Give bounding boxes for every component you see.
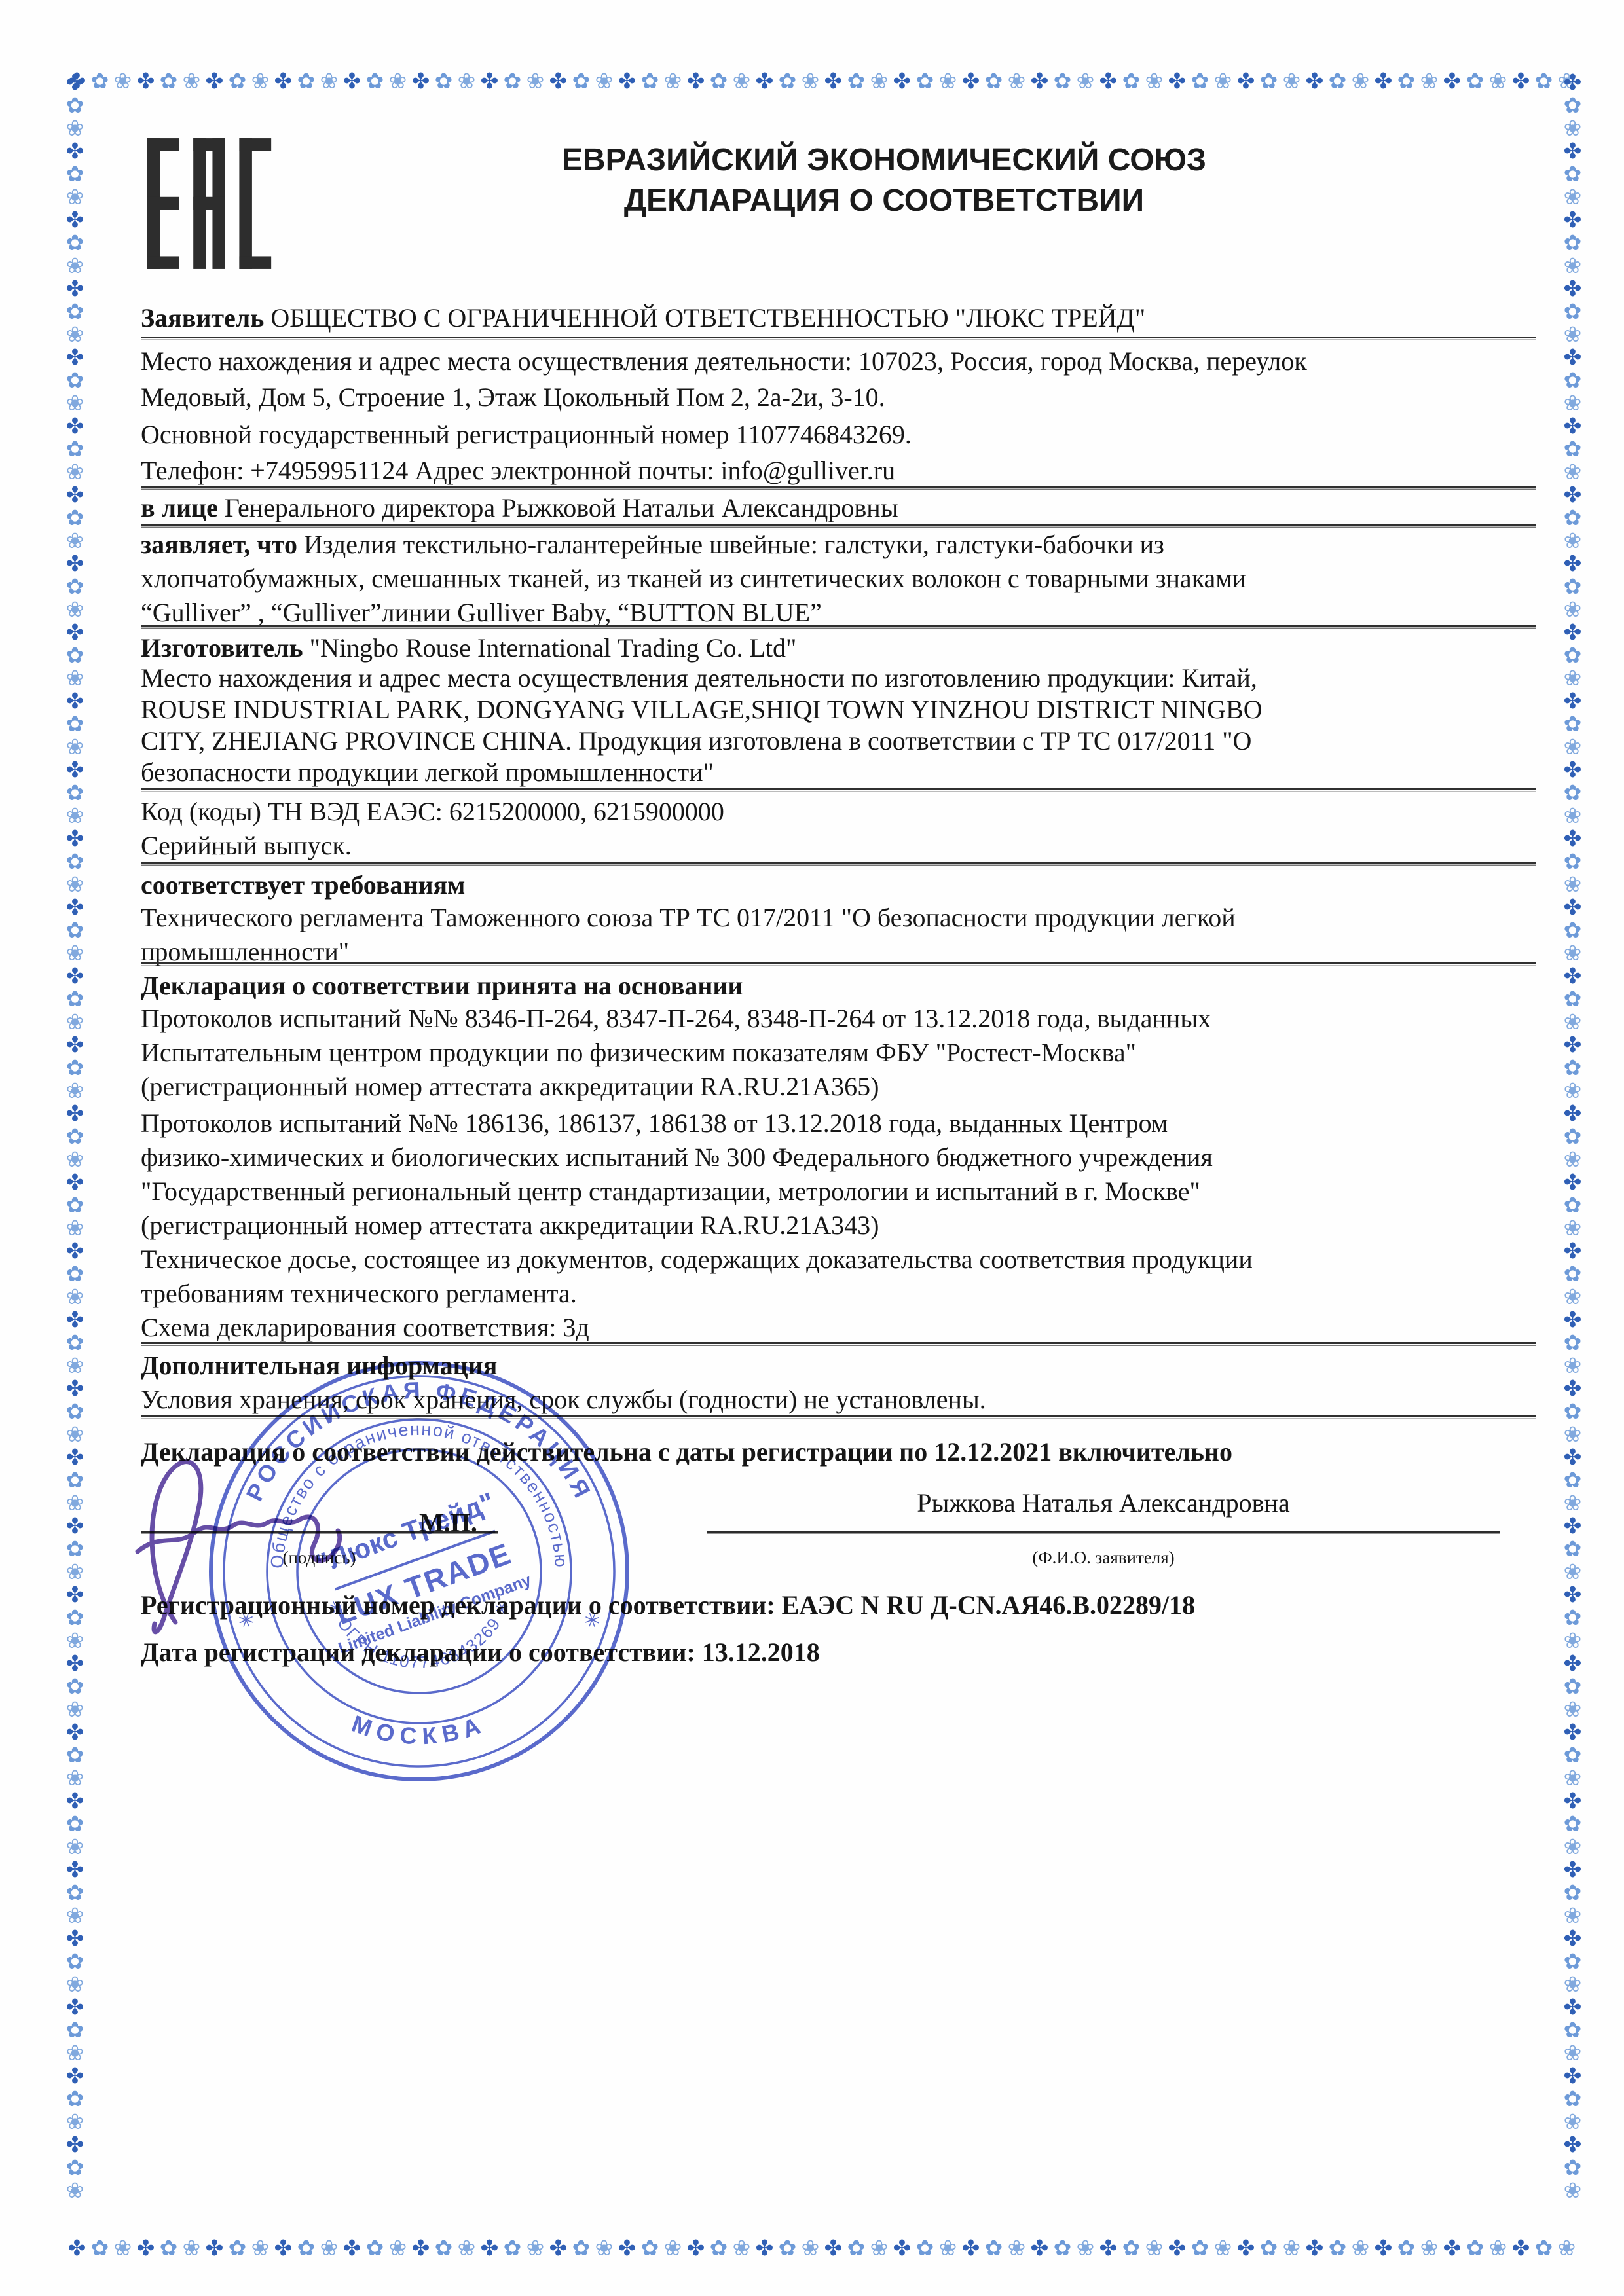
border-ornament-icon: ❀ [1561,1560,1584,1583]
border-ornament-icon: ✿ [64,1194,86,1216]
border-ornament-icon: ✿ [295,2236,318,2259]
border-ornament-icon: ✤ [1303,69,1326,92]
border-ornament-icon: ✤ [1561,483,1584,506]
border-ornament-icon: ✤ [64,1858,86,1881]
border-ornament-icon: ❀ [1561,1148,1584,1171]
border-ornament-icon: ✤ [1561,621,1584,644]
border-ornament-icon: ✤ [1166,69,1189,92]
border-ornament-icon: ❀ [455,2236,478,2259]
border-ornament-icon: ❀ [64,185,86,208]
in-person-label: в лице [141,493,218,522]
border-ornament-icon: ❀ [64,2110,86,2133]
applicant-label: Заявитель [141,303,264,333]
border-ornament-icon: ✤ [1561,2064,1584,2087]
border-ornament-icon: ❀ [64,2041,86,2064]
border-ornament-icon: ❀ [64,460,86,483]
border-ornament-icon: ✿ [1561,1881,1584,1904]
border-ornament-icon: ❀ [1418,69,1441,92]
border-ornament-icon: ✤ [64,896,86,919]
border-ornament-icon: ❀ [318,2236,341,2259]
applicant-ogrn: Основной государственный регистрационный… [141,416,1536,452]
border-ornament-icon: ❀ [1561,2110,1584,2133]
border-ornament-icon: ❀ [64,941,86,964]
border-ornament-icon: ✿ [157,2236,180,2259]
border-ornament-icon: ✤ [341,69,363,92]
declares-value: Изделия текстильно-галантерейные швейные… [141,530,1246,627]
border-ornament-icon: ✿ [64,162,86,185]
border-ornament-icon: ❀ [1561,598,1584,621]
border-ornament-icon: ✤ [959,69,982,92]
title-line-union: ЕВРАЗИЙСКИЙ ЭКОНОМИЧЕСКИЙ СОЮЗ [498,140,1270,181]
border-ornament-icon: ✿ [1395,2236,1418,2259]
border-ornament-icon: ✿ [64,1125,86,1148]
border-ornament-icon: ✿ [1561,1400,1584,1423]
basis-protocols-2: Протоколов испытаний №№ 186136, 186137, … [141,1106,1536,1243]
border-ornament-icon: ✿ [1395,69,1418,92]
border-ornament-icon: ✤ [547,69,570,92]
border-ornament-icon: ✿ [64,1881,86,1904]
border-ornament-icon: ✿ [982,2236,1005,2259]
border-ornament-icon: ❀ [455,69,478,92]
border-ornament-icon: ❀ [111,69,134,92]
border-ornament-icon: ✿ [1561,1194,1584,1216]
border-ornament-icon: ✤ [1234,2236,1257,2259]
border-ornament-icon: ❀ [1418,2236,1441,2259]
border-ornament-icon: ✿ [64,437,86,460]
border-ornament-icon: ✿ [1326,69,1349,92]
border-ornament-icon: ✿ [1561,1812,1584,1835]
border-ornament-icon: ✿ [64,1056,86,1079]
border-ornament-icon: ✿ [64,94,86,117]
border-ornament-icon: ✤ [341,2236,363,2259]
border-ornament-icon: ✤ [1561,1239,1584,1262]
border-ornament-icon: ❀ [1280,2236,1303,2259]
border-ornament-icon: ✤ [64,1927,86,1950]
border-bottom: ✤✿❀✤✿❀✤✿❀✤✿❀✤✿❀✤✿❀✤✿❀✤✿❀✤✿❀✤✿❀✤✿❀✤✿❀✤✿❀✤… [65,2236,1603,2260]
border-ornament-icon: ✿ [1561,919,1584,941]
border-ornament-icon: ❀ [249,2236,272,2259]
border-ornament-icon: ✤ [1561,346,1584,369]
border-ornament-icon: ✿ [1561,437,1584,460]
border-ornament-icon: ✿ [64,231,86,254]
border-ornament-icon: ✿ [1326,2236,1349,2259]
border-ornament-icon: ✤ [272,69,295,92]
border-ornament-icon: ✤ [203,2236,226,2259]
border-ornament-icon: ✤ [1028,69,1051,92]
border-ornament-icon: ❀ [799,2236,822,2259]
border-ornament-icon: ❀ [64,1560,86,1583]
rule [141,337,1536,340]
border-ornament-icon: ✿ [638,2236,661,2259]
border-ornament-icon: ✤ [616,69,638,92]
border-ornament-icon: ❀ [64,1216,86,1239]
border-ornament-icon: ✿ [64,2087,86,2110]
manufacturer-label: Изготовитель [141,633,303,663]
border-ornament-icon: ❀ [868,2236,891,2259]
border-ornament-icon: ✤ [616,2236,638,2259]
border-ornament-icon: ❀ [1561,873,1584,896]
border-ornament-icon: ✿ [1532,2236,1555,2259]
border-ornament-icon: ❀ [64,392,86,414]
border-ornament-icon: ✤ [753,69,776,92]
border-right: ✤✿❀✤✿❀✤✿❀✤✿❀✤✿❀✤✿❀✤✿❀✤✿❀✤✿❀✤✿❀✤✿❀✤✿❀✤✿❀✤… [1561,71,1585,2251]
border-ornament-icon: ❀ [64,323,86,346]
border-ornament-icon: ✿ [1561,231,1584,254]
border-ornament-icon: ✤ [1441,69,1464,92]
border-ornament-icon: ✿ [1189,2236,1211,2259]
border-ornament-icon: ✤ [64,1789,86,1812]
border-ornament-icon: ❀ [730,69,753,92]
border-ornament-icon: ❀ [1561,1010,1584,1033]
rule [141,788,1536,792]
border-ornament-icon: ❀ [1211,2236,1234,2259]
border-ornament-icon: ✿ [64,1743,86,1766]
border-ornament-icon: ✿ [64,1262,86,1285]
border-ornament-icon: ✤ [1561,139,1584,162]
border-ornament-icon: ❀ [64,1835,86,1858]
border-ornament-icon: ✤ [134,69,157,92]
border-ornament-icon: ❀ [386,2236,409,2259]
border-ornament-icon: ❀ [1561,1285,1584,1308]
border-ornament-icon: ✿ [1561,162,1584,185]
border-ornament-icon: ✿ [64,1606,86,1629]
border-ornament-icon: ✿ [295,69,318,92]
border-ornament-icon: ❀ [661,69,684,92]
declaration-document: ✤✿❀✤✿❀✤✿❀✤✿❀✤✿❀✤✿❀✤✿❀✤✿❀✤✿❀✤✿❀✤✿❀✤✿❀✤✿❀✤… [0,0,1624,2296]
border-ornament-icon: ❀ [64,1973,86,1995]
border-ornament-icon: ❀ [1074,2236,1097,2259]
border-top: ✤✿❀✤✿❀✤✿❀✤✿❀✤✿❀✤✿❀✤✿❀✤✿❀✤✿❀✤✿❀✤✿❀✤✿❀✤✿❀✤… [65,69,1603,93]
border-ornament-icon: ✤ [64,1377,86,1400]
border-ornament-icon: ❀ [1561,2041,1584,2064]
border-ornament-icon: ❀ [1561,529,1584,552]
tnved-codes: Код (коды) ТН ВЭД ЕАЭС: 6215200000, 6215… [141,793,1536,829]
border-ornament-icon: ✿ [226,69,249,92]
stamp-company-ring-text: Общество с ограниченной ответственностью [267,1419,571,1569]
basis-label: Декларация о соответствии принята на осн… [141,968,1536,1004]
border-ornament-icon: ✤ [1561,1927,1584,1950]
border-ornament-icon: ❀ [730,2236,753,2259]
border-ornament-icon: ✤ [1561,414,1584,437]
border-ornament-icon: ❀ [1561,1216,1584,1239]
border-ornament-icon: ✿ [64,2156,86,2179]
border-ornament-icon: ✤ [64,277,86,300]
border-ornament-icon: ✿ [64,1675,86,1698]
border-ornament-icon: ✤ [1561,1514,1584,1537]
border-ornament-icon: ✿ [1561,712,1584,735]
border-ornament-icon: ✿ [845,69,868,92]
border-ornament-icon: ✤ [64,1514,86,1537]
border-ornament-icon: ✿ [1561,2087,1584,2110]
border-ornament-icon: ✿ [1561,1950,1584,1973]
border-ornament-icon: ❀ [936,69,959,92]
border-ornament-icon: ✿ [1257,2236,1280,2259]
in-person-value: Генерального директора Рыжковой Натальи … [225,493,898,522]
border-ornament-icon: ❀ [1561,1079,1584,1102]
border-ornament-icon: ✤ [959,2236,982,2259]
border-ornament-icon: ✤ [64,1652,86,1675]
border-ornament-icon: ❀ [180,2236,203,2259]
border-ornament-icon: ✿ [845,2236,868,2259]
applicant-phone: Телефон: +74959951124 Адрес электронной … [141,452,1536,488]
border-ornament-icon: ❀ [386,69,409,92]
border-ornament-icon: ✿ [1257,69,1280,92]
border-ornament-icon: ❀ [1561,2179,1584,2202]
border-ornament-icon: ❀ [64,873,86,896]
border-ornament-icon: ❀ [868,69,891,92]
border-ornament-icon: ✿ [1561,781,1584,804]
border-ornament-icon: ❀ [180,69,203,92]
border-ornament-icon: ❀ [1561,941,1584,964]
border-ornament-icon: ✤ [64,208,86,231]
border-ornament-icon: ❀ [64,1904,86,1927]
border-ornament-icon: ✿ [1561,300,1584,323]
border-ornament-icon: ✿ [1561,850,1584,873]
basis-protocols-1: Протоколов испытаний №№ 8346-П-264, 8347… [141,1002,1536,1104]
border-ornament-icon: ✤ [1561,71,1584,94]
declares-row: заявляет, что Изделия текстильно-галанте… [141,528,1536,630]
border-ornament-icon: ❀ [1561,1491,1584,1514]
scheme-row: Схема декларирования соответствия: 3д [141,1309,1536,1345]
border-ornament-icon: ✿ [363,2236,386,2259]
complies-label: соответствует требованиям [141,867,1536,903]
border-ornament-icon: ✿ [64,712,86,735]
fio-line [707,1531,1500,1534]
border-ornament-icon: ✤ [1561,1995,1584,2018]
border-ornament-icon: ❀ [64,666,86,689]
border-ornament-icon: ✿ [64,506,86,529]
border-ornament-icon: ❀ [1561,392,1584,414]
border-ornament-icon: ✤ [1561,1858,1584,1881]
border-ornament-icon: ✿ [64,369,86,392]
border-ornament-icon: ✿ [1120,69,1143,92]
border-ornament-icon: ✿ [982,69,1005,92]
border-ornament-icon: ✿ [64,575,86,598]
border-ornament-icon: ✤ [753,2236,776,2259]
border-ornament-icon: ✤ [64,1102,86,1125]
document-title: ЕВРАЗИЙСКИЙ ЭКОНОМИЧЕСКИЙ СОЮЗ ДЕКЛАРАЦИ… [498,140,1270,221]
border-ornament-icon: ✤ [272,2236,295,2259]
border-ornament-icon: ✿ [1561,1606,1584,1629]
border-ornament-icon: ✤ [64,1171,86,1194]
border-ornament-icon: ❀ [1561,323,1584,346]
border-ornament-icon: ❀ [593,2236,616,2259]
border-ornament-icon: ✿ [1561,369,1584,392]
border-ornament-icon: ✤ [64,483,86,506]
title-line-declaration: ДЕКЛАРАЦИЯ О СООТВЕТСТВИИ [498,181,1270,221]
border-ornament-icon: ✿ [1561,575,1584,598]
applicant-name: ОБЩЕСТВО С ОГРАНИЧЕННОЙ ОТВЕТСТВЕННОСТЬЮ… [270,303,1145,333]
border-ornament-icon: ❀ [1143,69,1166,92]
stamp-star-right: ✳ [578,1609,604,1631]
border-ornament-icon: ✤ [64,139,86,162]
border-ornament-icon: ✤ [1561,208,1584,231]
border-ornament-icon: ✿ [1561,644,1584,666]
border-ornament-icon: ❀ [1561,185,1584,208]
border-ornament-icon: ✿ [88,2236,111,2259]
border-ornament-icon: ✤ [1561,2133,1584,2156]
border-ornament-icon: ✤ [64,689,86,712]
border-ornament-icon: ✿ [64,300,86,323]
border-ornament-icon: ✤ [1561,964,1584,987]
border-ornament-icon: ✤ [1097,2236,1120,2259]
border-ornament-icon: ✤ [64,1239,86,1262]
basis-dossier: Техническое досье, состоящее из документ… [141,1243,1536,1311]
fio-caption: (Ф.И.О. заявителя) [707,1540,1500,1576]
border-ornament-icon: ✤ [64,964,86,987]
complies-text: Технического регламента Таможенного союз… [141,901,1536,969]
border-ornament-icon: ✿ [64,919,86,941]
border-ornament-icon: ✤ [1561,1308,1584,1331]
border-ornament-icon: ✤ [684,69,707,92]
border-ornament-icon: ✤ [891,2236,913,2259]
border-ornament-icon: ✤ [1561,1102,1584,1125]
border-ornament-icon: ❀ [64,1491,86,1514]
border-ornament-icon: ✤ [64,1033,86,1056]
border-ornament-icon: ✤ [1372,69,1395,92]
border-ornament-icon: ❀ [1561,1904,1584,1927]
border-ornament-icon: ❀ [936,2236,959,2259]
border-ornament-icon: ❀ [64,1079,86,1102]
rule [141,1342,1536,1346]
border-ornament-icon: ❀ [593,69,616,92]
border-ornament-icon: ❀ [64,735,86,758]
border-ornament-icon: ✿ [1464,2236,1486,2259]
border-ornament-icon: ✤ [1097,69,1120,92]
border-ornament-icon: ❀ [1486,2236,1509,2259]
border-ornament-icon: ✿ [1561,1331,1584,1354]
border-ornament-icon: ✤ [478,2236,501,2259]
border-ornament-icon: ✤ [409,69,432,92]
border-ornament-icon: ✤ [64,414,86,437]
border-ornament-icon: ❀ [1561,735,1584,758]
border-ornament-icon: ❀ [64,1354,86,1377]
border-ornament-icon: ❀ [64,1148,86,1171]
border-ornament-icon: ❀ [64,1285,86,1308]
rule [141,625,1536,629]
border-ornament-icon: ❀ [799,69,822,92]
border-ornament-icon: ✤ [1561,1583,1584,1606]
border-ornament-icon: ✿ [64,2018,86,2041]
border-ornament-icon: ❀ [1005,69,1028,92]
border-ornament-icon: ❀ [1561,1423,1584,1446]
border-ornament-icon: ❀ [1349,69,1372,92]
border-ornament-icon: ✿ [64,1468,86,1491]
border-ornament-icon: ❀ [64,117,86,139]
border-ornament-icon: ✿ [913,2236,936,2259]
border-ornament-icon: ❀ [1074,69,1097,92]
border-ornament-icon: ✤ [64,758,86,781]
border-ornament-icon: ❀ [1561,1354,1584,1377]
border-ornament-icon: ✤ [1028,2236,1051,2259]
border-ornament-icon: ✤ [891,69,913,92]
border-ornament-icon: ✿ [1561,1125,1584,1148]
border-ornament-icon: ✤ [64,2064,86,2087]
border-ornament-icon: ❀ [1561,1835,1584,1858]
border-ornament-icon: ✤ [64,346,86,369]
border-ornament-icon: ✿ [1561,1743,1584,1766]
border-ornament-icon: ✤ [822,69,845,92]
border-ornament-icon: ✿ [1561,2018,1584,2041]
border-ornament-icon: ✤ [64,621,86,644]
border-ornament-icon: ✤ [1561,552,1584,575]
border-ornament-icon: ✤ [64,2133,86,2156]
border-ornament-icon: ❀ [1143,2236,1166,2259]
border-ornament-icon: ✿ [432,2236,455,2259]
border-ornament-icon: ✤ [822,2236,845,2259]
border-ornament-icon: ✿ [1561,1262,1584,1285]
stamp-star-left: ✳ [234,1609,260,1631]
signatory-name: Рыжкова Наталья Александровна [710,1485,1496,1521]
border-ornament-icon: ✤ [1561,1171,1584,1194]
border-ornament-icon: ❀ [1211,69,1234,92]
border-ornament-icon: ❀ [1561,666,1584,689]
border-ornament-icon: ✿ [501,69,524,92]
border-ornament-icon: ✤ [478,69,501,92]
border-ornament-icon: ❀ [1561,1973,1584,1995]
border-ornament-icon: ✤ [1561,827,1584,850]
border-ornament-icon: ✤ [1303,2236,1326,2259]
border-ornament-icon: ❀ [64,804,86,827]
border-ornament-icon: ✤ [1372,2236,1395,2259]
border-ornament-icon: ✿ [157,69,180,92]
border-ornament-icon: ✿ [638,69,661,92]
border-ornament-icon: ✤ [409,2236,432,2259]
border-ornament-icon: ❀ [1561,1629,1584,1652]
border-ornament-icon: ✤ [547,2236,570,2259]
border-ornament-icon: ❀ [524,2236,547,2259]
border-ornament-icon: ✿ [64,850,86,873]
border-ornament-icon: ❀ [64,254,86,277]
border-ornament-icon: ❀ [64,1766,86,1789]
border-ornament-icon: ❀ [249,69,272,92]
border-ornament-icon: ❀ [64,1423,86,1446]
border-ornament-icon: ❀ [64,598,86,621]
border-ornament-icon: ✤ [1509,69,1532,92]
border-ornament-icon: ✤ [1561,689,1584,712]
border-ornament-icon: ✤ [1166,2236,1189,2259]
border-ornament-icon: ❀ [64,529,86,552]
in-person-row: в лице Генерального директора Рыжковой Н… [141,490,1536,526]
border-ornament-icon: ❀ [64,1010,86,1033]
border-ornament-icon: ❀ [111,2236,134,2259]
border-ornament-icon: ✤ [1561,1652,1584,1675]
border-ornament-icon: ❀ [1561,804,1584,827]
manufacturer-address: Место нахождения и адрес места осуществл… [141,663,1536,788]
border-ornament-icon: ✿ [64,1331,86,1354]
border-ornament-icon: ✤ [1234,69,1257,92]
border-ornament-icon: ✿ [64,1400,86,1423]
border-ornament-icon: ✤ [1561,1446,1584,1468]
border-ornament-icon: ✿ [707,69,730,92]
border-ornament-icon: ❀ [64,1629,86,1652]
serial-issue: Серийный выпуск. [141,828,1536,864]
border-ornament-icon: ✤ [1561,277,1584,300]
border-ornament-icon: ✿ [570,2236,593,2259]
border-left: ✤✿❀✤✿❀✤✿❀✤✿❀✤✿❀✤✿❀✤✿❀✤✿❀✤✿❀✤✿❀✤✿❀✤✿❀✤✿❀✤… [64,71,87,2251]
border-ornament-icon: ❀ [1561,1698,1584,1721]
border-ornament-icon: ❀ [1561,460,1584,483]
border-ornament-icon: ✤ [1509,2236,1532,2259]
border-ornament-icon: ❀ [64,2179,86,2202]
border-ornament-icon: ✿ [88,69,111,92]
border-ornament-icon: ✤ [64,552,86,575]
eac-logo: EAC [147,137,275,270]
border-ornament-icon: ✿ [501,2236,524,2259]
border-ornament-icon: ✿ [226,2236,249,2259]
manufacturer-row: Изготовитель "Ningbo Rouse International… [141,630,1536,666]
border-ornament-icon: ❀ [1561,117,1584,139]
